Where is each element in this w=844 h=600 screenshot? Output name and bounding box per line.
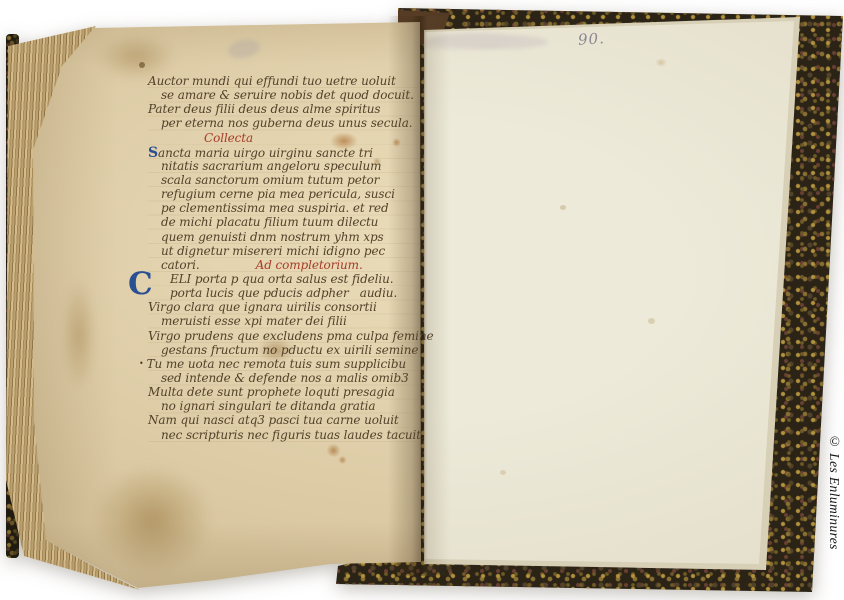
manuscript-line: Collecta — [148, 131, 420, 145]
line-text: Nam qui nasci atq3 pasci tua carne uolui… — [148, 413, 399, 427]
manuscript-line: scala sanctorum omium tutum petor — [148, 173, 420, 187]
photo-stage: 90. Auctor mundi qui effundi tuo uetre u… — [0, 0, 844, 600]
page-stain — [326, 444, 341, 457]
manuscript-line: catori.Ad completorium. — [148, 258, 420, 272]
line-text: Auctor mundi qui effundi tuo uetre uolui… — [148, 74, 396, 88]
line-text: quem genuisti dnm nostrum yhm xps — [161, 230, 384, 244]
page-stain — [139, 62, 145, 68]
line-text: nec scripturis nec figuris tuas laudes t… — [161, 428, 425, 442]
manuscript-line: porta lucis que pducis adpher audiu. — [148, 286, 420, 300]
line-text: se amare & seruire nobis det quod docuit… — [161, 88, 414, 102]
manuscript-line: Virgo prudens que excludens pma culpa fe… — [148, 329, 420, 343]
manuscript-line: ut dignetur misereri michi idigno pec — [148, 244, 420, 258]
manuscript-line: de michi placatu filium tuum dilectu — [148, 215, 420, 229]
line-text: catori. — [161, 258, 200, 272]
manuscript-line: Nam qui nasci atq3 pasci tua carne uolui… — [148, 413, 420, 427]
manuscript-line: sed intende & defende nos a malis omib3 — [148, 371, 420, 385]
manuscript-line: nec scripturis nec figuris tuas laudes t… — [148, 428, 420, 442]
line-text: per eterna nos guberna deus unus secula. — [161, 116, 413, 130]
manuscript-line: Virgo clara que ignara uirilis consortii — [148, 300, 420, 314]
manuscript-line: refugium cerne pia mea pericula, susci — [148, 187, 420, 201]
manuscript-line: Multa dete sunt prophete loquti presagia — [148, 385, 420, 399]
manuscript-line: quem genuisti dnm nostrum yhm xps — [148, 230, 420, 244]
line-text: Multa dete sunt prophete loquti presagia — [148, 385, 395, 399]
page-stain — [62, 280, 96, 390]
manuscript-line: Sancta maria uirgo uirginu sancte tri — [148, 145, 420, 159]
manuscript-line: Auctor mundi qui effundi tuo uetre uolui… — [148, 74, 420, 88]
line-text: scala sanctorum omium tutum petor — [161, 173, 379, 187]
page-stain — [92, 466, 212, 574]
manuscript-line: •Tu me uota nec remota tuis sum supplici… — [148, 357, 420, 371]
manuscript-line: per eterna nos guberna deus unus secula. — [148, 116, 420, 130]
photographer-credit: © Les Enluminures — [818, 434, 842, 600]
manuscript-line: Pater deus filii deus deus alme spiritus — [148, 102, 420, 116]
line-text: ancta maria uirgo uirginu sancte tri — [158, 146, 373, 160]
paragraph-marker: • — [139, 359, 144, 368]
line-text: pe clementissima mea suspiria. et red — [161, 201, 389, 215]
page-stain — [338, 456, 347, 464]
manuscript-line: gestans fructum no pductu ex uirili semi… — [148, 343, 420, 357]
line-text: Pater deus filii deus deus alme spiritus — [148, 102, 380, 116]
line-text: Virgo clara que ignara uirilis consortii — [148, 300, 377, 314]
line-text: ut dignetur misereri michi idigno pec — [161, 244, 385, 258]
page-stain — [648, 318, 655, 324]
inline-rubric: Ad completorium. — [256, 258, 363, 272]
manuscript-line: nitatis sacrarium angeloru speculum — [148, 159, 420, 173]
line-text: Tu me uota nec remota tuis sum supplicib… — [147, 357, 406, 371]
line-text: gestans fructum no pductu ex uirili semi… — [161, 343, 418, 357]
manuscript-line: no ignari singulari te ditanda gratia — [148, 399, 420, 413]
page-stain — [655, 58, 667, 67]
faint-ink-inscription — [430, 33, 522, 47]
page-stain — [500, 470, 506, 475]
manuscript-book: 90. Auctor mundi qui effundi tuo uetre u… — [0, 0, 844, 600]
manuscript-text: Auctor mundi qui effundi tuo uetre uolui… — [148, 74, 420, 442]
line-text: porta lucis que pducis adpher audiu. — [170, 286, 397, 300]
line-text: Virgo prudens que excludens pma culpa fe… — [148, 329, 434, 343]
page-stain — [560, 205, 566, 210]
manuscript-line: pe clementissima mea suspiria. et red — [148, 201, 420, 215]
line-text: sed intende & defende nos a malis omib3 — [161, 371, 409, 385]
folio-number-pencil: 90. — [577, 29, 605, 49]
line-text: no ignari singulari te ditanda gratia — [161, 399, 375, 413]
faint-showthrough-mark — [226, 37, 261, 61]
manuscript-line: CELI porta p qua orta salus est fideliu. — [148, 272, 420, 286]
line-text: refugium cerne pia mea pericula, susci — [161, 187, 395, 201]
manuscript-line: meruisti esse xpi mater dei filii — [148, 314, 420, 328]
manuscript-line: se amare & seruire nobis det quod docuit… — [148, 88, 420, 102]
line-text: de michi placatu filium tuum dilectu — [161, 215, 378, 229]
line-text: nitatis sacrarium angeloru speculum — [161, 159, 381, 173]
line-text: meruisti esse xpi mater dei filii — [161, 314, 347, 328]
line-text: ELI porta p qua orta salus est fideliu. — [170, 272, 393, 286]
